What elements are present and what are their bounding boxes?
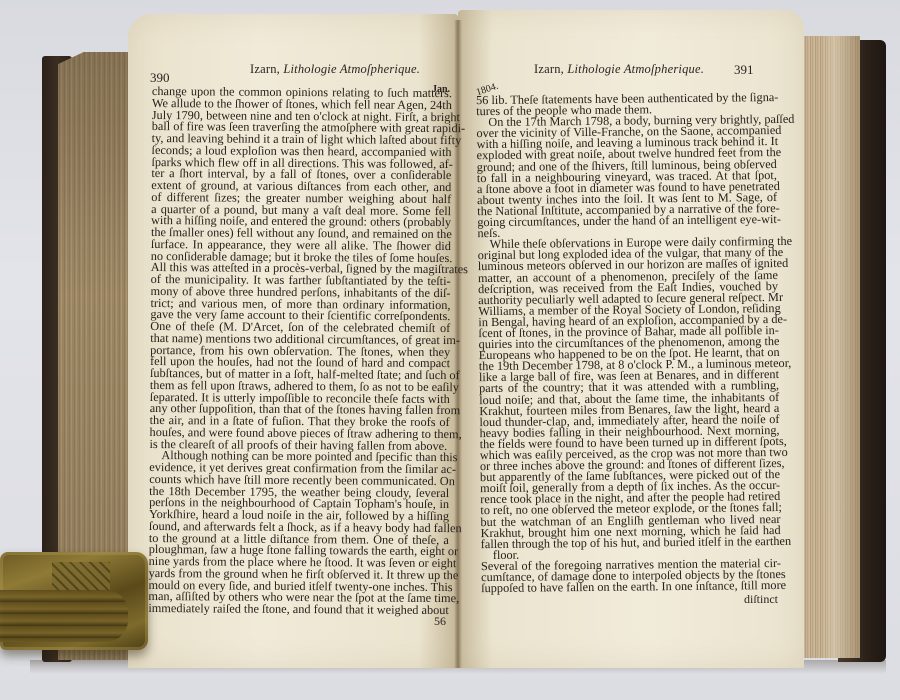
right-page-text: 56 lib. Theſe ſtatements have been authe… bbox=[476, 92, 781, 594]
page-edges-right bbox=[796, 36, 860, 658]
text-line: going circumſtances, under the hand of a… bbox=[477, 214, 777, 228]
right-running-head: Izarn, Lithologie Atmoſpherique. bbox=[534, 62, 704, 77]
text-line: fallen through the top of his hut, and b… bbox=[481, 536, 781, 550]
paperweight-cuff bbox=[52, 562, 110, 592]
text-line: immediately raiſed the ſtone, and found … bbox=[148, 603, 448, 617]
right-catchword: diſtinct bbox=[744, 592, 778, 607]
book-photo: 390 Izarn, Lithologie Atmoſpherique. Jan… bbox=[0, 0, 900, 700]
running-head-author: Izarn, bbox=[250, 62, 280, 76]
left-catchword: 56 bbox=[434, 614, 446, 629]
left-page-text: change upon the common opinions relating… bbox=[148, 86, 452, 617]
text-line: ſuppoſed to have fallen on the earth. In… bbox=[481, 580, 781, 594]
running-head-title: Lithologie Atmoſpherique. bbox=[283, 62, 420, 76]
paperweight-fingers bbox=[0, 590, 128, 642]
running-head-title: Lithologie Atmoſpherique. bbox=[567, 62, 704, 76]
running-head-author: Izarn, bbox=[534, 62, 564, 76]
right-folio: 391 bbox=[734, 62, 754, 78]
left-running-head: Izarn, Lithologie Atmoſpherique. bbox=[250, 62, 420, 77]
brass-hand-paperweight bbox=[0, 552, 148, 650]
